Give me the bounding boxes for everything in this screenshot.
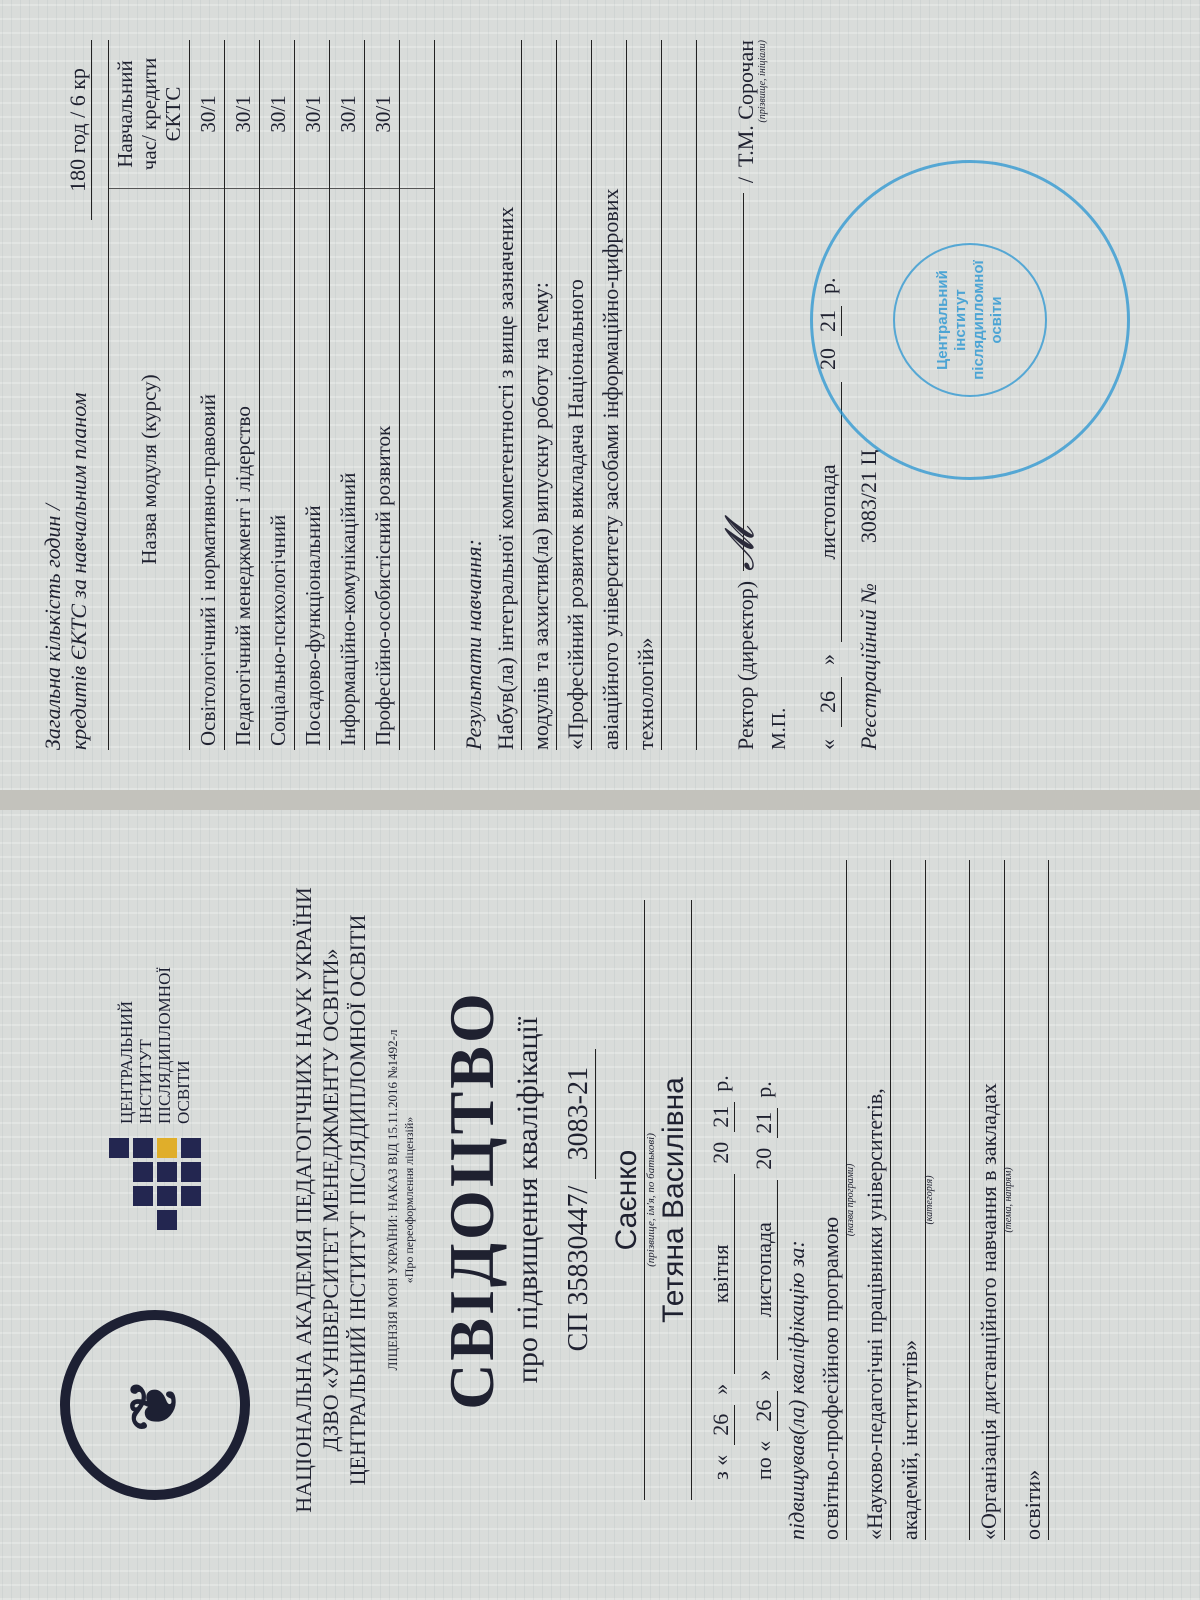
modules-table: Назва модуля (курсу) Навчальний час/ кре…: [108, 40, 435, 750]
official-stamp: Центральний інститут післядипломної осві…: [810, 160, 1130, 480]
university-seal-icon: ❦: [60, 1310, 250, 1500]
module-name: Соціально-психологічний: [260, 189, 295, 751]
surname-field: Саєнко: [610, 900, 645, 1500]
logo-row: ❦ ЦЕНТРАЛЬНИЙ ІНСТИТУТ ПІСЛЯДИПЛОМНОЇ ОС…: [40, 860, 270, 1540]
program-line: освітньо-професійною програмою: [812, 860, 847, 1540]
results-line: технологій»: [627, 40, 662, 750]
organization-header: НАЦІОНАЛЬНА АКАДЕМІЯ ПЕДАГОГІЧНИХ НАУК У…: [290, 860, 371, 1540]
total-hours: Загальна кількість годин / кредитів ЄКТС…: [40, 40, 92, 750]
table-row: Соціально-психологічний30/1: [260, 40, 295, 750]
end-date: по « 26 » листопада 20 21 р.: [751, 860, 778, 1480]
signature-field: 𝓜: [717, 193, 744, 571]
given-names-field: Тетяна Василівна: [657, 900, 692, 1500]
module-credits: 30/1: [225, 40, 260, 189]
certificate-back-page: Загальна кількість годин / кредитів ЄКТС…: [0, 0, 1200, 790]
module-name: Посадово-функціональний: [295, 189, 330, 751]
blank-line: [935, 860, 970, 1540]
certificate-spread: ❦ ЦЕНТРАЛЬНИЙ ІНСТИТУТ ПІСЛЯДИПЛОМНОЇ ОС…: [0, 0, 1200, 1600]
results-title: Результати навчання:: [461, 40, 487, 750]
page-gutter: [0, 790, 1200, 810]
qualified-label: підвищував(ла) кваліфікацію за:: [778, 860, 812, 1540]
module-credits: 30/1: [365, 40, 400, 189]
certificate-front-page: ❦ ЦЕНТРАЛЬНИЙ ІНСТИТУТ ПІСЛЯДИПЛОМНОЇ ОС…: [0, 810, 1200, 1600]
results-line: Набув(ла) інтегральної компетентності з …: [487, 40, 522, 750]
document-subtitle: про підвищення кваліфікації: [511, 860, 545, 1540]
table-row: [400, 40, 435, 750]
topic-line-2: освіти»: [1014, 860, 1049, 1540]
topic-line-1: «Організація дистанційного навчання в за…: [970, 860, 1005, 1540]
module-name: Професійно-особистісний розвиток: [365, 189, 400, 751]
document-title: СВІДОЦТВО: [435, 860, 509, 1540]
module-credits: [400, 40, 435, 189]
results-line: «Професійний розвиток викладача Націонал…: [557, 40, 592, 750]
table-row: Освітологічний і нормативно-правовий30/1: [190, 40, 225, 750]
module-credits: 30/1: [260, 40, 295, 189]
certificate-number: СП 35830447/ 3083-21: [563, 860, 596, 1540]
results-line: модулів та захистив(ла) випускну роботу …: [522, 40, 557, 750]
signature-mark: 𝓜: [717, 526, 763, 571]
module-name: [400, 189, 435, 751]
signer-name: Т.М. Сорочан: [733, 40, 759, 167]
stamp-center-text: Центральний інститут післядипломної осві…: [893, 243, 1047, 397]
category-line-1: «Науково-педагогічні працівники універси…: [856, 860, 891, 1540]
name-caption: (прізвище, ім'я, по батькові): [645, 860, 657, 1540]
table-row: Інформаційно-комунікаційний30/1: [330, 40, 365, 750]
signature-row: Ректор (директор) 𝓜 / Т.М. Сорочан: [717, 40, 759, 750]
cipo-logo-text: ЦЕНТРАЛЬНИЙ ІНСТИТУТ ПІСЛЯДИПЛОМНОЇ ОСВІ…: [117, 967, 193, 1124]
module-credits: 30/1: [330, 40, 365, 189]
module-credits: 30/1: [190, 40, 225, 189]
results-line: авіаційного університету засобами інформ…: [592, 40, 627, 750]
cipo-logo: ЦЕНТРАЛЬНИЙ ІНСТИТУТ ПІСЛЯДИПЛОМНОЇ ОСВІ…: [109, 967, 201, 1230]
module-name-header: Назва модуля (курсу): [109, 189, 190, 751]
total-hours-value: 180 год / 6 кр: [65, 40, 92, 220]
table-row: Професійно-особистісний розвиток30/1: [365, 40, 400, 750]
table-row: Педагогічний менеджмент і лідерство30/1: [225, 40, 260, 750]
license-info: ЛІЦЕНЗІЯ МОН УКРАЇНИ: НАКАЗ ВІД 15.11.20…: [385, 860, 417, 1540]
category-line-2: академій, інститутів»: [891, 860, 926, 1540]
module-name: Освітологічний і нормативно-правовий: [190, 189, 225, 751]
book-tree-emblem-icon: ❦: [118, 1378, 192, 1432]
blank-line: [662, 40, 697, 750]
table-row: Посадово-функціональний30/1: [295, 40, 330, 750]
module-name: Інформаційно-комунікаційний: [330, 189, 365, 751]
credits-header: Навчальний час/ кредити ЄКТС: [109, 40, 190, 189]
start-date: з « 26 » квітня 20 21 р.: [708, 860, 735, 1480]
seal-placeholder-label: М.П.: [768, 40, 791, 750]
module-name: Педагогічний менеджмент і лідерство: [225, 189, 260, 751]
module-credits: 30/1: [295, 40, 330, 189]
rector-label: Ректор (директор): [733, 581, 759, 750]
squares-logo-icon: [109, 1138, 201, 1230]
